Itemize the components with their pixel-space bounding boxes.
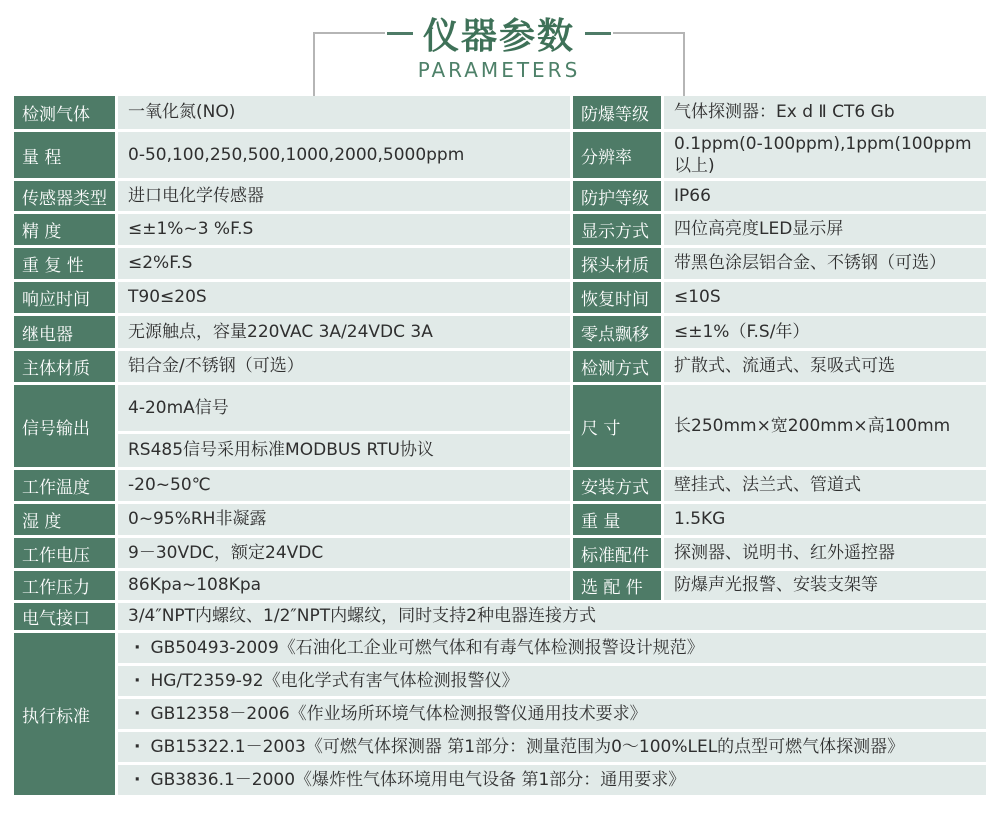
row-label: 分辨率	[573, 132, 661, 178]
standard-item: · GB50493-2009《石油化工企业可燃气体和有毒气体检测报警设计规范》	[118, 633, 986, 663]
row-label: 防护等级	[573, 181, 661, 211]
row-value-signal-line1: 4-20mA信号	[118, 385, 570, 431]
row-label: 工作电压	[14, 538, 115, 568]
row-value-electrical: 3/4″NPT内螺纹、1/2″NPT内螺纹，同时支持2种电器连接方式	[118, 603, 986, 630]
row-label-electrical: 电气接口	[14, 603, 115, 630]
row-value: 探测器、说明书、红外遥控器	[664, 538, 986, 568]
title-dash-left	[387, 32, 413, 35]
row-value: ≤±1%（F.S/年）	[664, 316, 986, 348]
title-box: 仪器参数 PARAMETERS	[313, 32, 685, 96]
row-label: 重 复 性	[14, 248, 115, 279]
row-value: 1.5KG	[664, 504, 986, 535]
row-label: 主体材质	[14, 351, 115, 382]
standard-item: · GB3836.1－2000《爆炸性气体环境用电气设备 第1部分：通用要求》	[118, 765, 986, 795]
row-value: 防爆声光报警、安装支架等	[664, 571, 986, 600]
page-title: 仪器参数	[423, 8, 575, 59]
standard-item: · GB12358－2006《作业场所环境气体检测报警仪通用技术要求》	[118, 699, 986, 729]
row-label: 传感器类型	[14, 181, 115, 211]
row-value: 0~95%RH非凝露	[118, 504, 570, 535]
row-label-dimensions: 尺 寸	[573, 385, 661, 467]
row-value: 壁挂式、法兰式、管道式	[664, 470, 986, 501]
row-value-dimensions: 长250mm×宽200mm×高100mm	[664, 385, 986, 467]
row-value: 四位高亮度LED显示屏	[664, 214, 986, 245]
row-value: -20~50℃	[118, 470, 570, 501]
bullet-icon: ·	[134, 769, 140, 791]
row-label: 响应时间	[14, 282, 115, 313]
row-label: 显示方式	[573, 214, 661, 245]
row-value: 9－30VDC，额定24VDC	[118, 538, 570, 568]
standard-text: GB3836.1－2000《爆炸性气体环境用电气设备 第1部分：通用要求》	[150, 769, 685, 791]
row-value: 进口电化学传感器	[118, 181, 570, 211]
bullet-icon: ·	[134, 703, 140, 725]
row-label: 重 量	[573, 504, 661, 535]
row-label: 零点飘移	[573, 316, 661, 348]
standard-text: HG/T2359-92《电化学式有害气体检测报警仪》	[150, 670, 518, 692]
row-label: 安装方式	[573, 470, 661, 501]
row-value: T90≤20S	[118, 282, 570, 313]
row-label: 选 配 件	[573, 571, 661, 600]
row-value: 一氧化氮(NO)	[118, 96, 570, 129]
row-value: 0-50,100,250,500,1000,2000,5000ppm	[118, 132, 570, 178]
page-subtitle: PARAMETERS	[315, 58, 683, 82]
title-row: 仪器参数	[385, 8, 613, 59]
row-label: 继电器	[14, 316, 115, 348]
row-value-signal-line2: RS485信号采用标准MODBUS RTU协议	[118, 434, 570, 467]
bullet-icon: ·	[134, 736, 140, 758]
row-value: IP66	[664, 181, 986, 211]
row-label: 防爆等级	[573, 96, 661, 129]
row-label: 检测气体	[14, 96, 115, 129]
row-value: 带黑色涂层铝合金、不锈钢（可选）	[664, 248, 986, 279]
page-header: 仪器参数 PARAMETERS	[0, 0, 1000, 96]
standard-item: · GB15322.1－2003《可燃气体探测器 第1部分：测量范围为0～100…	[118, 732, 986, 762]
row-label: 精 度	[14, 214, 115, 245]
row-value: 无源触点，容量220VAC 3A/24VDC 3A	[118, 316, 570, 348]
row-label: 湿 度	[14, 504, 115, 535]
row-value: 扩散式、流通式、泵吸式可选	[664, 351, 986, 382]
row-value: 0.1ppm(0-100ppm),1ppm(100ppm以上)	[664, 132, 986, 178]
row-value: 86Kpa~108Kpa	[118, 571, 570, 600]
standard-text: GB12358－2006《作业场所环境气体检测报警仪通用技术要求》	[150, 703, 646, 725]
row-label: 恢复时间	[573, 282, 661, 313]
row-value: ≤±1%~3 %F.S	[118, 214, 570, 245]
row-label: 工作压力	[14, 571, 115, 600]
bullet-icon: ·	[134, 670, 140, 692]
row-label: 量 程	[14, 132, 115, 178]
title-dash-right	[585, 32, 611, 35]
standard-item: · HG/T2359-92《电化学式有害气体检测报警仪》	[118, 666, 986, 696]
row-label: 工作温度	[14, 470, 115, 501]
row-label: 探头材质	[573, 248, 661, 279]
row-label: 标准配件	[573, 538, 661, 568]
row-label-signal-output: 信号输出	[14, 385, 115, 467]
row-value: ≤10S	[664, 282, 986, 313]
row-label: 检测方式	[573, 351, 661, 382]
row-value: 铝合金/不锈钢（可选）	[118, 351, 570, 382]
bullet-icon: ·	[134, 637, 140, 659]
row-value: ≤2%F.S	[118, 248, 570, 279]
row-value: 气体探测器：Ex d Ⅱ CT6 Gb	[664, 96, 986, 129]
standard-text: GB15322.1－2003《可燃气体探测器 第1部分：测量范围为0～100%L…	[150, 736, 904, 758]
standard-text: GB50493-2009《石油化工企业可燃气体和有毒气体检测报警设计规范》	[150, 637, 703, 659]
row-label-standards: 执行标准	[14, 633, 115, 795]
parameters-table: 检测气体 一氧化氮(NO) 防爆等级 气体探测器：Ex d Ⅱ CT6 Gb 量…	[14, 96, 986, 795]
